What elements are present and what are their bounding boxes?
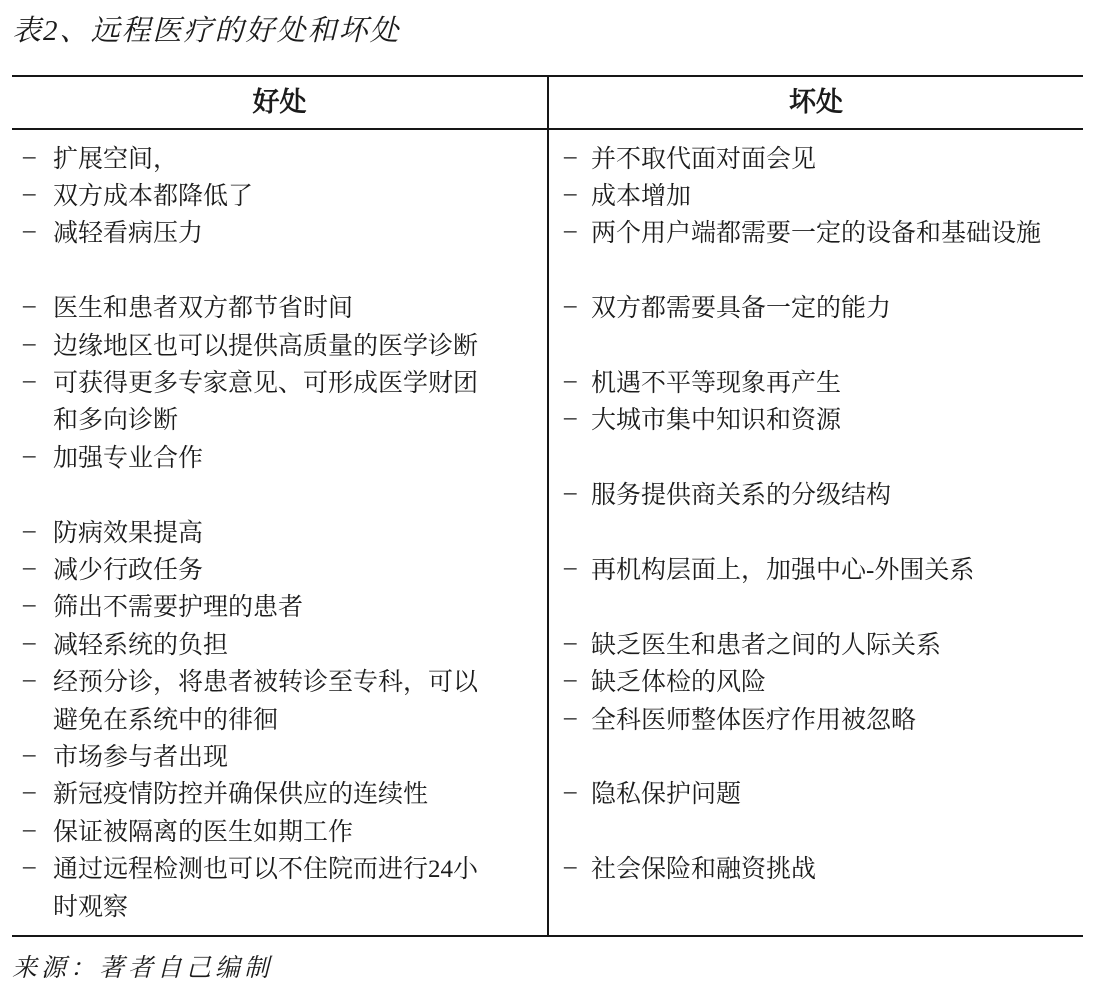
list-item: –筛出不需要护理的患者 [12,587,547,624]
dash-bullet: – [564,853,591,881]
dash-bullet: – [564,666,591,694]
item-text: 隐私保护问题 [591,774,741,810]
list-item: –双方成本都降低了 [12,175,547,212]
item-text: 双方成本都降低了 [53,176,253,212]
empty-line [549,736,1083,773]
pros-cons-table: 好处 坏处 –扩展空间，–双方成本都降低了–减轻看病压力–医生和患者双方都节省时… [12,75,1083,937]
item-text: 通过远程检测也可以不住院而进行24小 [53,849,478,885]
item-text: 缺乏医生和患者之间的人际关系 [591,625,941,661]
item-text: 再机构层面上，加强中心-外围关系 [591,550,974,586]
document-page: 表2、远程医疗的好处和坏处 好处 坏处 –扩展空间，–双方成本都降低了–减轻看病… [0,0,1099,1001]
item-text: 医生和患者双方都节省时间 [53,288,353,324]
list-item: –新冠疫情防控并确保供应的连续性 [12,774,547,811]
item-text: 减轻系统的负担 [53,625,228,661]
item-text: 可获得更多专家意见、可形成医学财团 [53,363,478,399]
item-text: 和多向诊断 [53,400,178,436]
empty-line [549,512,1083,549]
dash-bullet: – [23,629,53,657]
list-item: –边缘地区也可以提供高质量的医学诊断 [12,325,547,362]
item-text: 双方都需要具备一定的能力 [591,288,891,324]
dash-bullet: – [564,629,591,657]
empty-line [549,437,1083,474]
dash-bullet: – [23,778,53,806]
dash-bullet: – [564,704,591,732]
dash-bullet: – [564,143,591,171]
list-item: –并不取代面对面会见 [549,138,1083,175]
table-caption: 表2、远程医疗的好处和坏处 [12,8,401,49]
item-text: 社会保险和融资挑战 [591,849,816,885]
dash-bullet: – [564,292,591,320]
empty-line [12,250,547,287]
dash-bullet: – [564,180,591,208]
benefits-column: –扩展空间，–双方成本都降低了–减轻看病压力–医生和患者双方都节省时间–边缘地区… [12,130,549,935]
list-item-continuation: –时观察 [12,886,547,923]
list-item: –机遇不平等现象再产生 [549,362,1083,399]
dash-bullet: – [564,217,591,245]
dash-bullet: – [23,180,53,208]
list-item: –经预分诊，将患者被转诊至专科，可以 [12,661,547,698]
item-text: 边缘地区也可以提供高质量的医学诊断 [53,326,478,362]
list-item: –保证被隔离的医生如期工作 [12,811,547,848]
item-text: 新冠疫情防控并确保供应的连续性 [53,774,428,810]
item-text: 时观察 [53,887,128,923]
source-note: 来源：著者自己编制 [12,948,273,984]
dash-bullet: – [564,404,591,432]
list-item: –成本增加 [549,175,1083,212]
dash-bullet: – [564,554,591,582]
item-text: 并不取代面对面会见 [591,139,816,175]
item-text: 经预分诊，将患者被转诊至专科，可以 [53,662,478,698]
empty-line [549,886,1083,923]
drawbacks-column: –并不取代面对面会见–成本增加–两个用户端都需要一定的设备和基础设施–双方都需要… [549,130,1083,935]
item-text: 保证被隔离的医生如期工作 [53,812,353,848]
empty-line [549,325,1083,362]
dash-bullet: – [23,442,53,470]
dash-bullet: – [23,591,53,619]
list-item: –通过远程检测也可以不住院而进行24小 [12,848,547,885]
list-item: –再机构层面上，加强中心-外围关系 [549,549,1083,586]
item-text: 减轻看病压力 [53,213,203,249]
empty-line [549,811,1083,848]
item-text: 减少行政任务 [53,550,203,586]
dash-bullet: – [23,554,53,582]
item-text: 防病效果提高 [53,513,203,549]
list-item: –缺乏体检的风险 [549,661,1083,698]
item-text: 缺乏体检的风险 [591,662,766,698]
table-body: –扩展空间，–双方成本都降低了–减轻看病压力–医生和患者双方都节省时间–边缘地区… [12,130,1083,935]
item-text: 成本增加 [591,176,691,212]
item-text: 大城市集中知识和资源 [591,400,841,436]
empty-line [12,475,547,512]
list-item: –减轻系统的负担 [12,624,547,661]
list-item-continuation: –避免在系统中的徘徊 [12,699,547,736]
list-item: –服务提供商关系的分级结构 [549,475,1083,512]
dash-bullet: – [23,741,53,769]
dash-bullet: – [23,816,53,844]
item-text: 服务提供商关系的分级结构 [591,475,891,511]
list-item: –扩展空间， [12,138,547,175]
dash-bullet: – [23,143,53,171]
item-text: 扩展空间， [53,139,178,175]
dash-bullet: – [23,666,53,694]
list-item: –全科医师整体医疗作用被忽略 [549,699,1083,736]
list-item: –缺乏医生和患者之间的人际关系 [549,624,1083,661]
list-item: –减少行政任务 [12,549,547,586]
list-item-continuation: –和多向诊断 [12,400,547,437]
item-text: 加强专业合作 [53,438,203,474]
list-item: –隐私保护问题 [549,774,1083,811]
list-item: –社会保险和融资挑战 [549,848,1083,885]
list-item: –减轻看病压力 [12,213,547,250]
list-item: –双方都需要具备一定的能力 [549,288,1083,325]
empty-line [549,250,1083,287]
list-item: –防病效果提高 [12,512,547,549]
dash-bullet: – [564,367,591,395]
item-text: 市场参与者出现 [53,737,228,773]
dash-bullet: – [23,292,53,320]
dash-bullet: – [23,330,53,358]
item-text: 机遇不平等现象再产生 [591,363,841,399]
item-text: 筛出不需要护理的患者 [53,587,303,623]
dash-bullet: – [23,853,53,881]
list-item: –医生和患者双方都节省时间 [12,288,547,325]
dash-bullet: – [23,367,53,395]
empty-line [549,587,1083,624]
dash-bullet: – [564,778,591,806]
dash-bullet: – [564,479,591,507]
dash-bullet: – [23,517,53,545]
dash-bullet: – [23,217,53,245]
list-item: –可获得更多专家意见、可形成医学财团 [12,362,547,399]
list-item: –两个用户端都需要一定的设备和基础设施 [549,213,1083,250]
item-text: 避免在系统中的徘徊 [53,700,278,736]
list-item: –加强专业合作 [12,437,547,474]
table-header-row: 好处 坏处 [12,77,1083,130]
header-cell-drawbacks: 坏处 [549,77,1083,128]
list-item: –大城市集中知识和资源 [549,400,1083,437]
item-text: 全科医师整体医疗作用被忽略 [591,700,916,736]
header-cell-benefits: 好处 [12,77,549,128]
list-item: –市场参与者出现 [12,736,547,773]
item-text: 两个用户端都需要一定的设备和基础设施 [591,213,1041,249]
